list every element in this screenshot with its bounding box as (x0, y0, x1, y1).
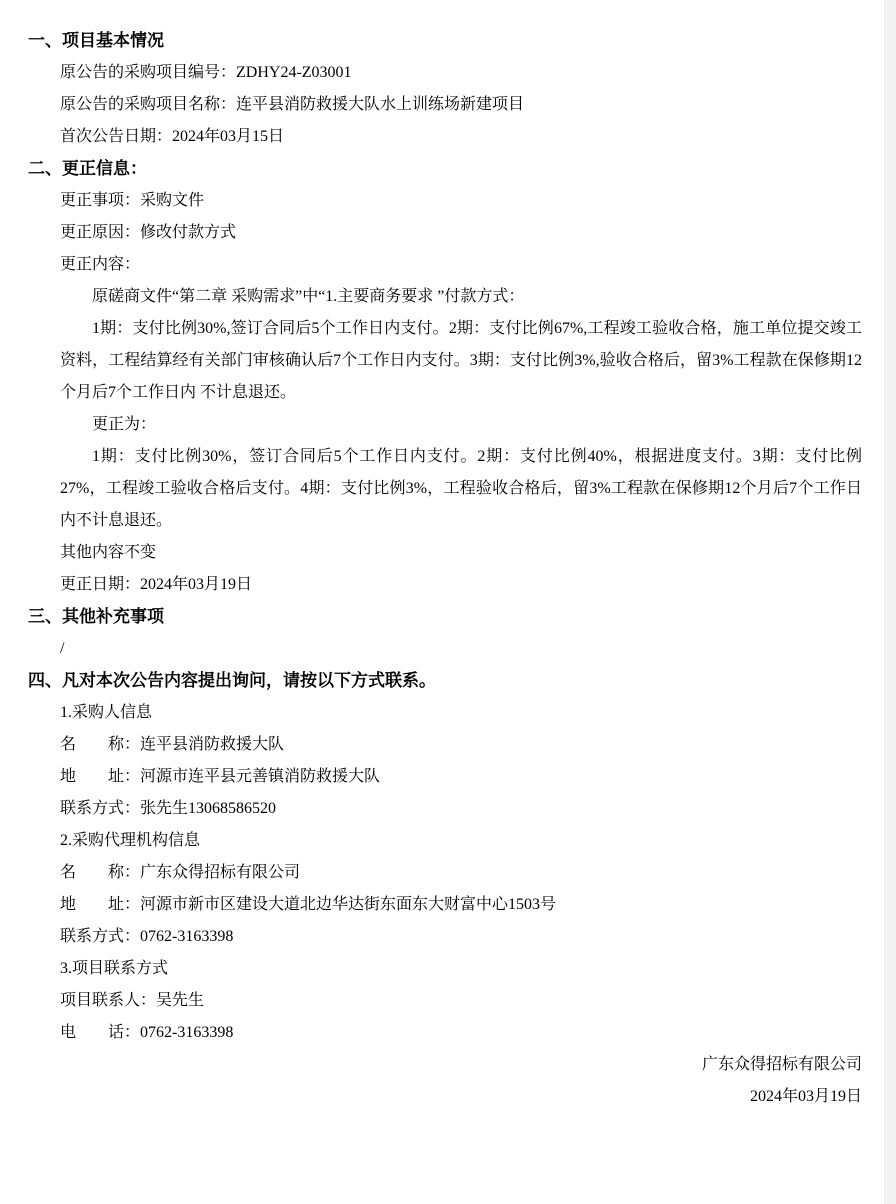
correction-date-line: 更正日期：2024年03月19日 (60, 569, 862, 601)
section4-heading: 四、凡对本次公告内容提出询问，请按以下方式联系。 (28, 665, 862, 697)
correction-item-line: 更正事项：采购文件 (60, 185, 862, 217)
agency-contact-line: 联系方式：0762-3163398 (60, 921, 862, 953)
signature-block: 广东众得招标有限公司 2024年03月19日 (28, 1049, 862, 1113)
corrected-payment-terms: 1期：支付比例30%，签订合同后5个工作日内支付。2期：支付比例40%，根据进度… (60, 441, 862, 537)
section2-body: 更正事项：采购文件 更正原因：修改付款方式 更正内容： 原磋商文件“第二章 采购… (60, 185, 862, 601)
agency-name-line: 名 称：广东众得招标有限公司 (60, 857, 862, 889)
original-project-code-line: 原公告的采购项目编号：ZDHY24-Z03001 (60, 57, 862, 89)
original-payment-terms: 1期：支付比例30%,签订合同后5个工作日内支付。2期：支付比例67%,工程竣工… (60, 313, 862, 409)
section3-heading: 三、其他补充事项 (28, 601, 862, 633)
signature-company: 广东众得招标有限公司 (28, 1049, 862, 1081)
project-contact-phone-line: 电 话：0762-3163398 (60, 1017, 862, 1049)
section3-body: / (60, 633, 862, 665)
agency-address-line: 地 址：河源市新市区建设大道北边华达街东面东大财富中心1503号 (60, 889, 862, 921)
correction-notice-document: 一、项目基本情况 原公告的采购项目编号：ZDHY24-Z03001 原公告的采购… (0, 0, 884, 1113)
correction-content-label: 更正内容： (60, 249, 862, 281)
signature-date: 2024年03月19日 (28, 1081, 862, 1113)
project-contact-title: 3.项目联系方式 (60, 953, 862, 985)
correction-reason-line: 更正原因：修改付款方式 (60, 217, 862, 249)
original-terms-intro: 原磋商文件“第二章 采购需求”中“1.主要商务要求 ”付款方式： (60, 281, 862, 313)
section3-content: / (60, 633, 862, 665)
section2-heading: 二、更正信息： (28, 153, 862, 185)
project-contact-person-line: 项目联系人：吴先生 (60, 985, 862, 1017)
other-unchanged-line: 其他内容不变 (60, 537, 862, 569)
first-notice-date-line: 首次公告日期：2024年03月15日 (60, 121, 862, 153)
page-right-edge-strip (884, 0, 896, 1204)
section1-body: 原公告的采购项目编号：ZDHY24-Z03001 原公告的采购项目名称：连平县消… (60, 57, 862, 153)
agency-info-title: 2.采购代理机构信息 (60, 825, 862, 857)
purchaser-name-line: 名 称：连平县消防救援大队 (60, 729, 862, 761)
original-project-name-line: 原公告的采购项目名称：连平县消防救援大队水上训练场新建项目 (60, 89, 862, 121)
corrected-label: 更正为： (60, 409, 862, 441)
purchaser-info-title: 1.采购人信息 (60, 697, 862, 729)
section4-body: 1.采购人信息 名 称：连平县消防救援大队 地 址：河源市连平县元善镇消防救援大… (60, 697, 862, 1049)
purchaser-contact-line: 联系方式：张先生13068586520 (60, 793, 862, 825)
purchaser-address-line: 地 址：河源市连平县元善镇消防救援大队 (60, 761, 862, 793)
section1-heading: 一、项目基本情况 (28, 25, 862, 57)
